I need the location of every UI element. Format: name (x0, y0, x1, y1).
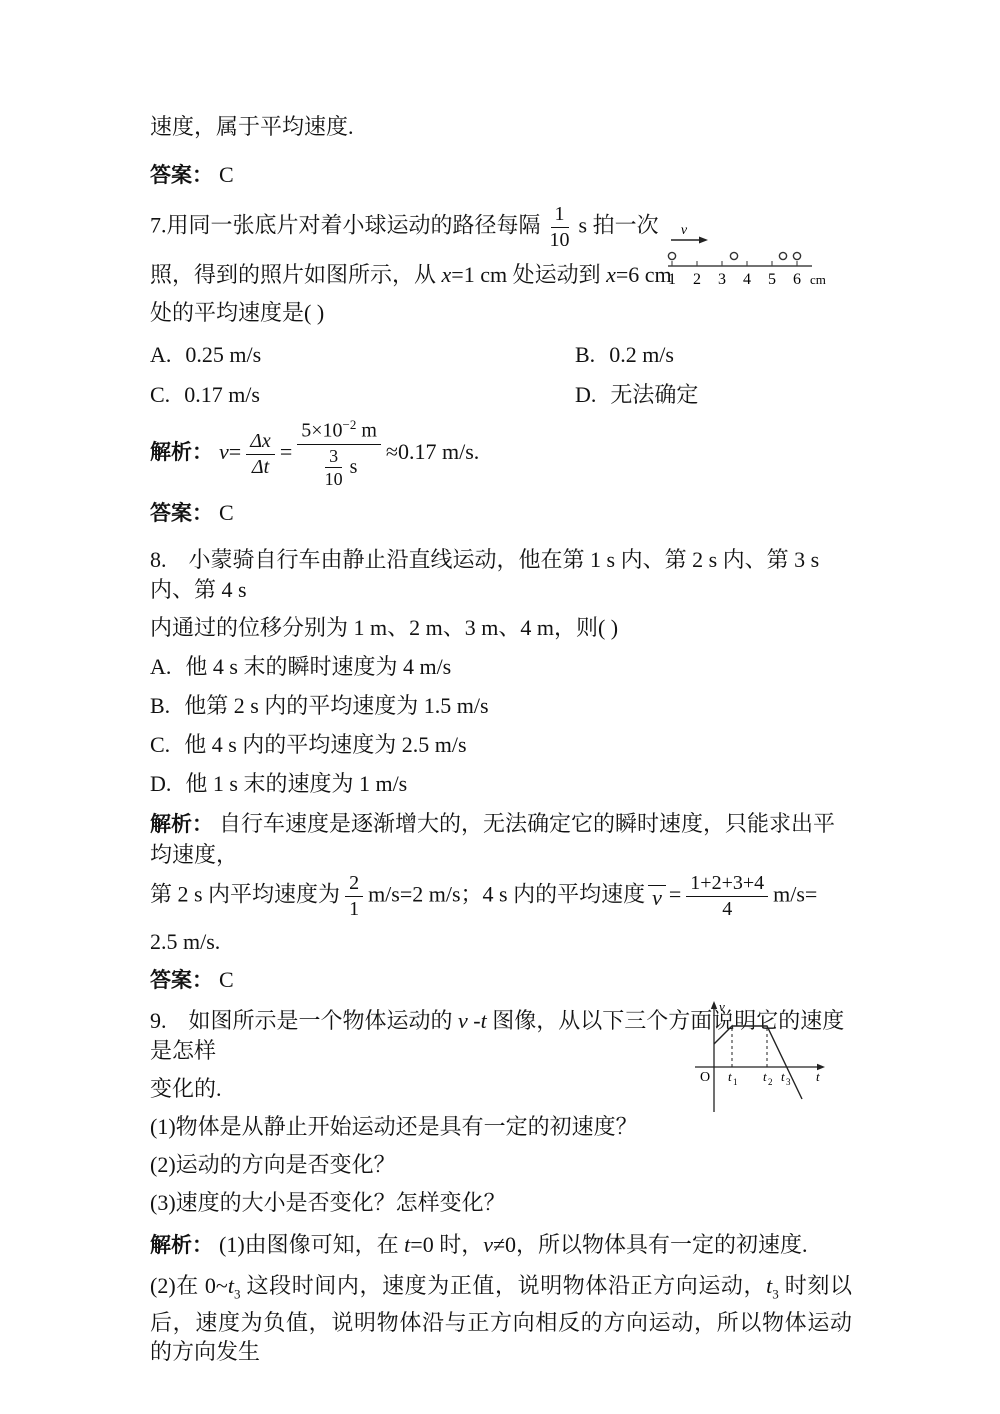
question-7-number: 7. (150, 213, 167, 238)
answer-label: 答案： (150, 164, 213, 187)
ruler-tick-1: 1 (668, 271, 676, 288)
fraction-two-over-one: 21 (345, 872, 363, 921)
answer-value: C (219, 500, 234, 525)
option-d: D.无法确定 (575, 380, 852, 410)
variable-v: v (458, 1008, 468, 1033)
ruler-tick-3: 3 (718, 271, 726, 288)
velocity-curve (714, 1026, 802, 1099)
variable-v: v (219, 439, 229, 464)
fraction-dx-dt: ΔxΔt (246, 430, 275, 479)
analysis-label: 解析： (150, 813, 213, 836)
question-7-stem-text: s 拍一次 (579, 213, 659, 238)
question-8-options: A.他 4 s 末的瞬时速度为 4 m/s B.他第 2 s 内的平均速度为 1… (150, 652, 852, 799)
t3-label: t (781, 1069, 785, 1084)
analysis-label: 解析： (150, 1234, 213, 1257)
velocity-arrowhead (699, 237, 708, 244)
option-b: B.他第 2 s 内的平均速度为 1.5 m/s (150, 691, 852, 721)
question-9-subquestion-3: (3)速度的大小是否变化？怎样变化？ (150, 1188, 852, 1218)
question-8-stem-line-1: 8. 小蒙骑自行车由静止沿直线运动，他在第 1 s 内、第 2 s 内、第 3 … (150, 545, 852, 605)
variable-x: x (606, 262, 616, 287)
question-8-stem-line-2: 内通过的位移分别为 1 m、2 m、3 m、4 m，则( ) (150, 613, 852, 643)
v-bar-average-velocity: v (648, 885, 666, 909)
question-9-analysis-line-1: 解析：(1)由图像可知，在 t=0 时，v≠0，所以物体具有一定的初速度. (150, 1230, 852, 1261)
v-axis-label: v (719, 1000, 725, 1014)
question-9-subquestion-2: (2)运动的方向是否变化？ (150, 1150, 852, 1180)
ruler-unit-label: cm (810, 272, 826, 287)
answer-line-q7: 答案：C (150, 498, 852, 529)
question-8: 8. 小蒙骑自行车由静止沿直线运动，他在第 1 s 内、第 2 s 内、第 3 … (150, 545, 852, 996)
ruler-tick-4: 4 (743, 271, 751, 288)
t1-label: t (728, 1069, 732, 1084)
question-8-analysis-line-2: 第 2 s 内平均速度为21m/s=2 m/s；4 s 内的平均速度v=1+2+… (150, 872, 852, 921)
t2-subscript: 2 (768, 1077, 773, 1087)
analysis-label: 解析： (150, 441, 213, 464)
question-7-stem-line-2: 照，得到的照片如图所示，从 x=1 cm 处运动到 x=6 cm (150, 260, 690, 290)
question-8-analysis-line-1: 解析：自行车速度是逐渐增大的，无法确定它的瞬时速度，只能求出平均速度， (150, 809, 852, 870)
ruler-tick-2: 2 (693, 271, 701, 288)
question-7-stem-line-1: 7.用同一张底片对着小球运动的路径每隔110s 拍一次 (150, 203, 710, 252)
worksheet-page: { "labels": { "answer": "答案：", "analysis… (0, 0, 1000, 1414)
fraction-one-tenth: 110 (546, 203, 574, 252)
strobe-photo-svg: v 1 2 3 4 5 6 cm (658, 222, 860, 304)
question-8-number: 8. (150, 547, 167, 572)
answer-line-q6: 答案：C (150, 160, 852, 191)
question-9-number: 9. (150, 1008, 167, 1033)
option-a: A.他 4 s 末的瞬时速度为 4 m/s (150, 652, 852, 682)
ruler-tick-5: 5 (768, 271, 776, 288)
t-axis-label: t (816, 1069, 820, 1084)
strobe-photo-diagram: v 1 2 3 4 5 6 cm (658, 222, 860, 304)
intro-tail-line: 速度，属于平均速度. (150, 112, 852, 142)
answer-value: C (219, 162, 234, 187)
origin-label: O (700, 1070, 710, 1085)
answer-label: 答案： (150, 502, 213, 525)
question-9-analysis-line-2: (2)在 0~t3 这段时间内，速度为正值，说明物体沿正方向运动，t3 时刻以后… (150, 1271, 852, 1366)
ball-position-3 (779, 252, 786, 259)
t1-subscript: 1 (733, 1077, 738, 1087)
vt-graph-svg: v t O t 1 t 2 t 3 (692, 1000, 854, 1120)
option-c: C.他 4 s 内的平均速度为 2.5 m/s (150, 730, 852, 760)
answer-label: 答案： (150, 969, 213, 992)
option-a: A.0.25 m/s (150, 340, 575, 370)
fraction-three-tenths: 310 (321, 446, 347, 490)
fraction-sum-over-four: 1+2+3+44 (686, 872, 768, 921)
question-7-analysis: 解析：v=ΔxΔt=5×10−2 m310s≈0.17 m/s. (150, 418, 852, 490)
answer-line-q8: 答案：C (150, 965, 852, 996)
ball-position-1 (668, 252, 675, 259)
option-d: D.他 1 s 末的速度为 1 m/s (150, 769, 852, 799)
t2-label: t (763, 1069, 767, 1084)
question-7-stem-text: 用同一张底片对着小球运动的路径每隔 (167, 213, 541, 238)
option-c: C.0.17 m/s (150, 380, 575, 410)
question-7-options: A.0.25 m/s B.0.2 m/s C.0.17 m/s D.无法确定 (150, 340, 852, 410)
variable-x: x (442, 262, 452, 287)
t3-subscript: 3 (786, 1077, 791, 1087)
vt-graph: v t O t 1 t 2 t 3 (692, 1000, 854, 1120)
ball-position-2 (730, 252, 737, 259)
question-8-analysis-line-3: 2.5 m/s. (150, 927, 852, 957)
ruler-tick-6: 6 (793, 271, 801, 288)
velocity-label: v (681, 223, 688, 238)
variable-v: v (483, 1232, 493, 1257)
fraction-main: 5×10−2 m310s (297, 418, 381, 490)
page-content: 速度，属于平均速度. 答案：C 7.用同一张底片对着小球运动的路径每隔110s … (0, 0, 1000, 1414)
option-b: B.0.2 m/s (575, 340, 852, 370)
ball-position-4 (793, 252, 800, 259)
answer-value: C (219, 967, 234, 992)
intro-tail-text: 速度，属于平均速度. (150, 114, 354, 139)
exponent: −2 (343, 417, 357, 432)
v-axis-arrowhead (711, 1001, 717, 1009)
